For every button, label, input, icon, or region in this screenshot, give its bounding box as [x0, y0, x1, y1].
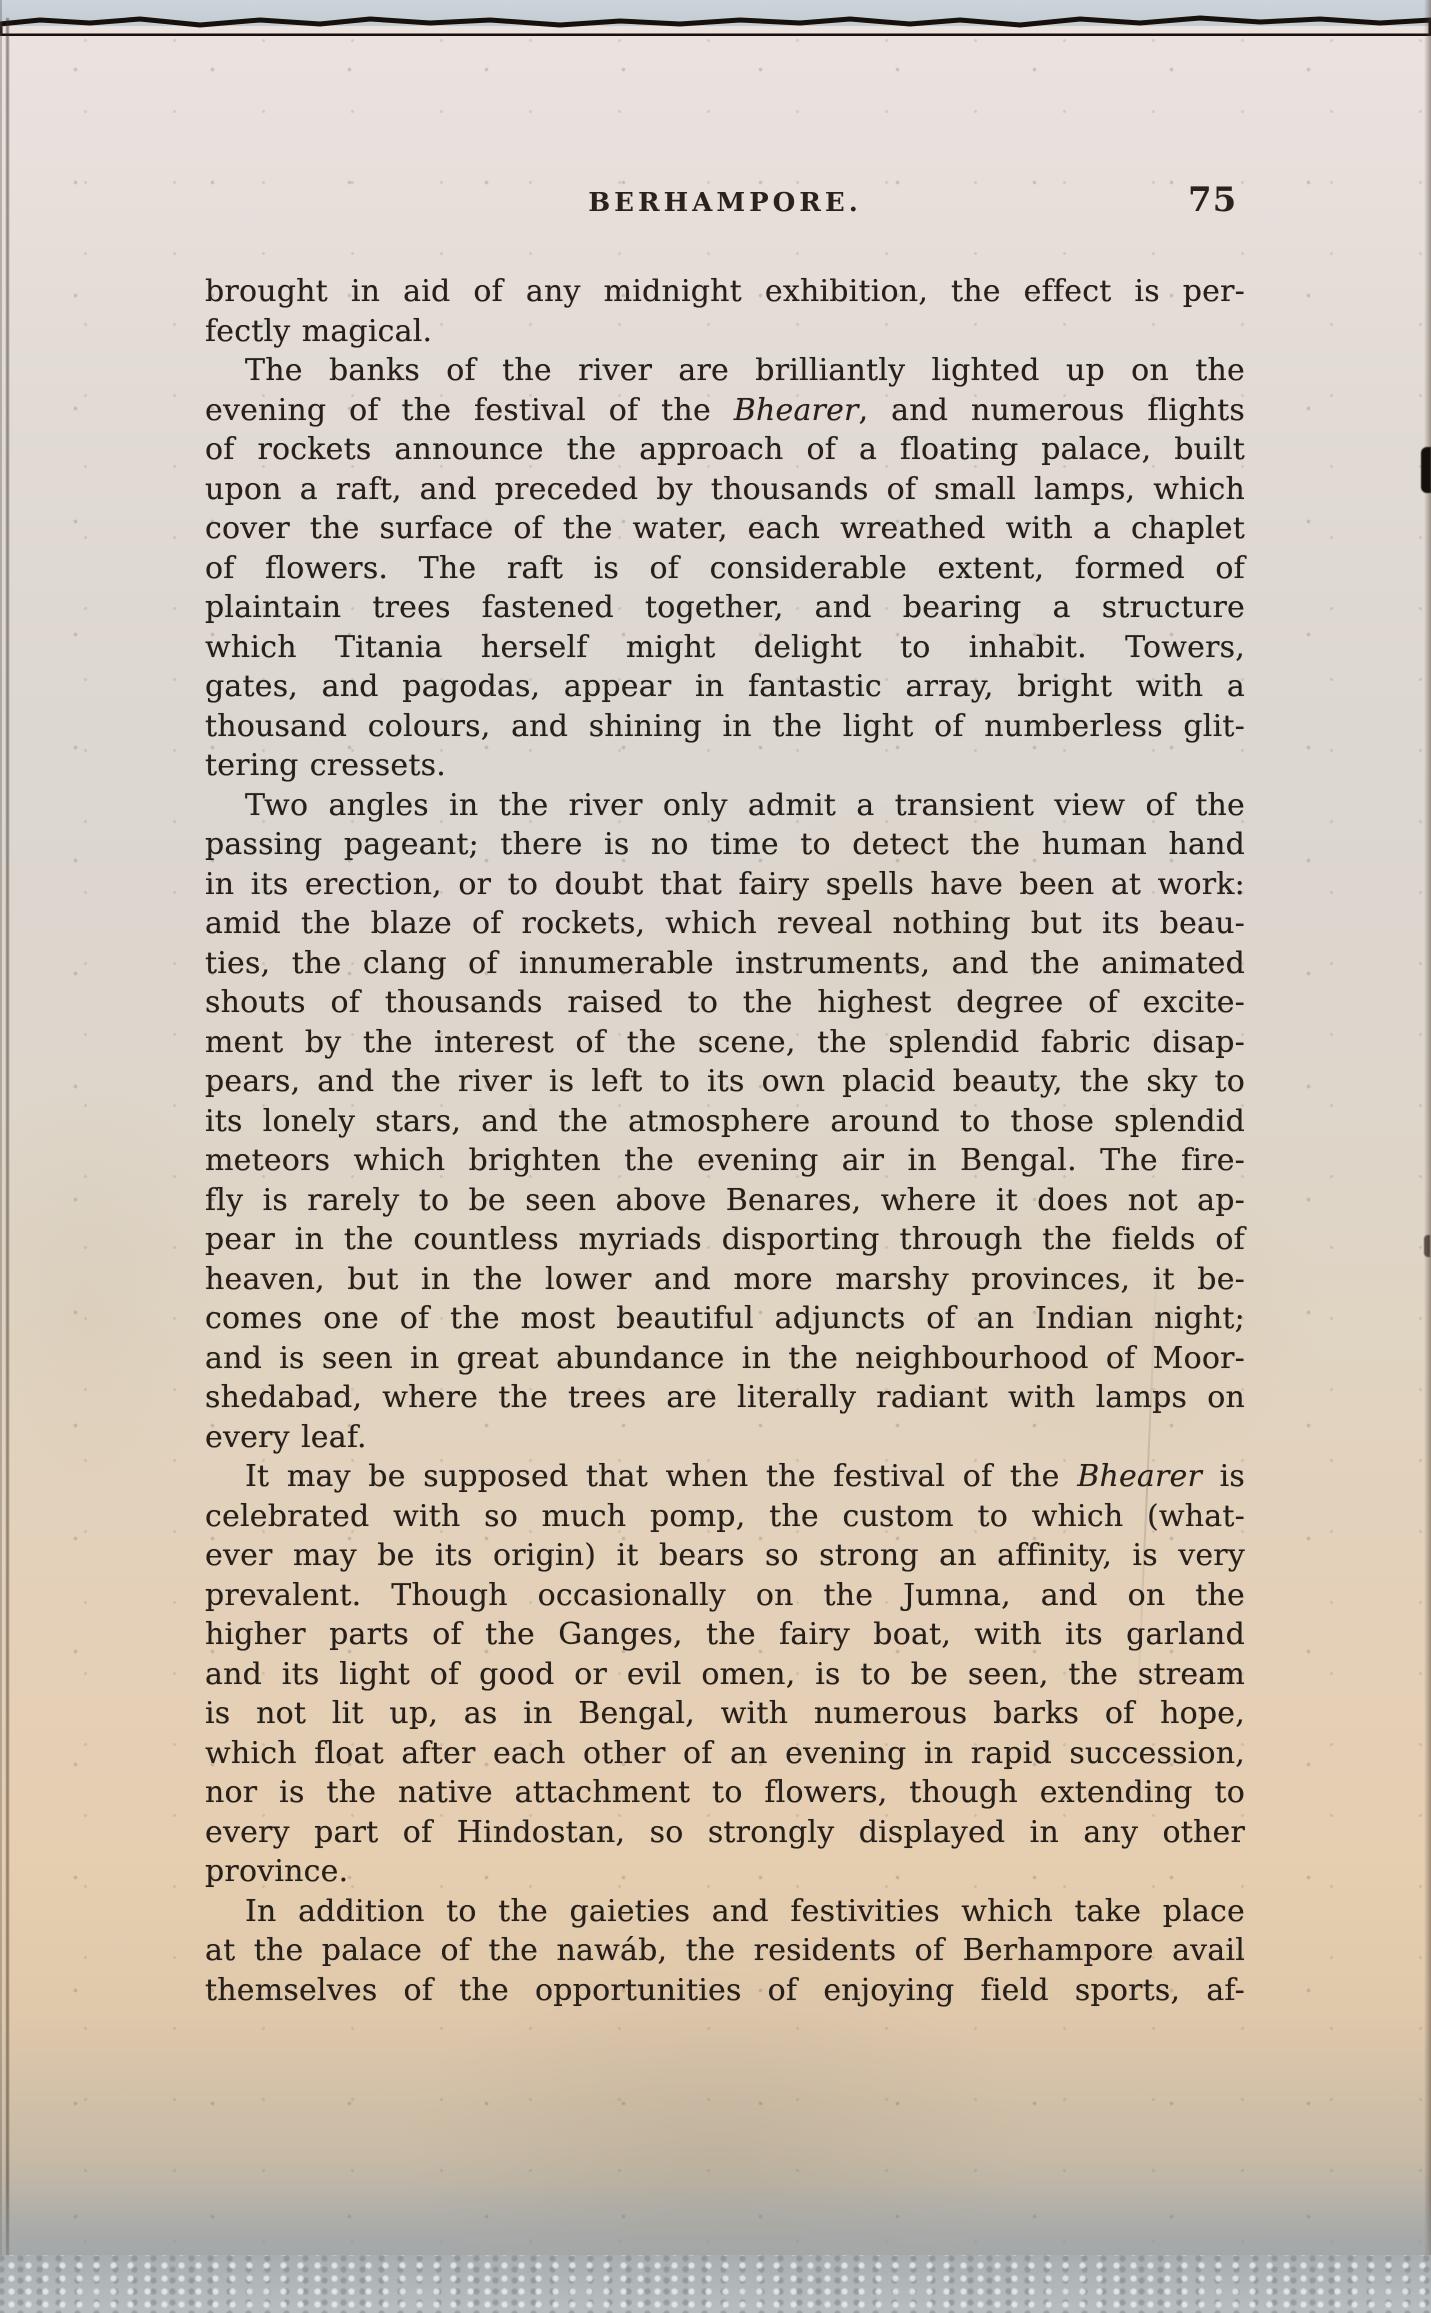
body-text: themselves of the opportunities of enjoy… — [205, 1973, 1245, 2008]
body-text: its lonely stars, and the atmosphere aro… — [205, 1104, 1245, 1139]
body-text: The banks of the river are brilliantly l… — [245, 353, 1245, 388]
body-text: which Titania herself might delight to i… — [205, 630, 1245, 665]
text-line: themselves of the opportunities of enjoy… — [205, 1971, 1245, 2011]
body-text: every leaf. — [205, 1420, 367, 1455]
text-line: amid the blaze of rockets, which reveal … — [205, 904, 1245, 944]
text-line: In addition to the gaieties and festivit… — [205, 1892, 1245, 1932]
text-line: is not lit up, as in Bengal, with numero… — [205, 1694, 1245, 1734]
body-text: shedabad, where the trees are literally … — [205, 1380, 1245, 1415]
text-line: plaintain trees fastened together, and b… — [205, 588, 1245, 628]
body-text: passing pageant; there is no time to det… — [205, 827, 1245, 862]
text-line: which float after each other of an eveni… — [205, 1734, 1245, 1774]
text-line: ever may be its origin) it bears so stro… — [205, 1536, 1245, 1576]
text-line: shouts of thousands raised to the highes… — [205, 983, 1245, 1023]
text-line: its lonely stars, and the atmosphere aro… — [205, 1102, 1245, 1142]
text-line: ties, the clang of innumerable instrumen… — [205, 944, 1245, 984]
text-block: brought in aid of any midnight exhibitio… — [205, 272, 1245, 2010]
text-line: every leaf. — [205, 1418, 1245, 1458]
body-text: fly is rarely to be seen above Benares, … — [205, 1183, 1245, 1218]
text-line: cover the surface of the water, each wre… — [205, 509, 1245, 549]
body-text: cover the surface of the water, each wre… — [205, 511, 1245, 546]
text-line: shedabad, where the trees are literally … — [205, 1378, 1245, 1418]
body-text: fectly magical. — [205, 314, 432, 349]
text-line: ment by the interest of the scene, the s… — [205, 1023, 1245, 1063]
text-line: evening of the festival of the Bhearer, … — [205, 391, 1245, 431]
right-edge-notch — [1421, 447, 1431, 493]
text-line: Two angles in the river only admit a tra… — [205, 786, 1245, 826]
body-text: is — [1202, 1459, 1245, 1494]
body-text: ment by the interest of the scene, the s… — [205, 1025, 1245, 1060]
body-text: higher parts of the Ganges, the fairy bo… — [205, 1617, 1245, 1652]
body-text: , and numerous flights — [859, 393, 1245, 428]
body-text: ties, the clang of innumerable instrumen… — [205, 946, 1245, 981]
text-line: higher parts of the Ganges, the fairy bo… — [205, 1615, 1245, 1655]
text-line: celebrated with so much pomp, the custom… — [205, 1497, 1245, 1537]
body-text: and its light of good or evil omen, is t… — [205, 1657, 1245, 1692]
body-text: evening of the festival of the — [205, 393, 734, 428]
text-line: heaven, but in the lower and more marshy… — [205, 1260, 1245, 1300]
body-text: and is seen in great abundance in the ne… — [205, 1341, 1245, 1376]
body-text: at the palace of the nawáb, the resident… — [205, 1933, 1245, 1968]
text-line: meteors which brighten the evening air i… — [205, 1141, 1245, 1181]
body-text: shouts of thousands raised to the highes… — [205, 985, 1245, 1020]
text-line: tering cressets. — [205, 746, 1245, 786]
body-text: province. — [205, 1854, 348, 1889]
text-line: The banks of the river are brilliantly l… — [205, 351, 1245, 391]
italic-text: Bhearer — [1077, 1459, 1202, 1494]
torn-top-edge — [0, 10, 1431, 36]
text-line: nor is the native attachment to flowers,… — [205, 1773, 1245, 1813]
body-text: prevalent. Though occasionally on the Ju… — [205, 1578, 1245, 1613]
text-line: of rockets announce the approach of a fl… — [205, 430, 1245, 470]
right-page-edge — [1424, 0, 1431, 2313]
text-line: pears, and the river is left to its own … — [205, 1062, 1245, 1102]
body-text: plaintain trees fastened together, and b… — [205, 590, 1245, 625]
body-text: of flowers. The raft is of considerable … — [205, 551, 1245, 586]
text-line: brought in aid of any midnight exhibitio… — [205, 272, 1245, 312]
body-text: nor is the native attachment to flowers,… — [205, 1775, 1245, 1810]
body-text: thousand colours, and shining in the lig… — [205, 709, 1245, 744]
body-text: heaven, but in the lower and more marshy… — [205, 1262, 1245, 1297]
body-text: upon a raft, and preceded by thousands o… — [205, 472, 1245, 507]
running-header: BERHAMPORE. — [205, 188, 1245, 218]
body-text: brought in aid of any midnight exhibitio… — [205, 274, 1245, 309]
text-line: comes one of the most beautiful adjuncts… — [205, 1299, 1245, 1339]
left-page-edge-outer — [0, 0, 2, 2313]
body-text: pear in the countless myriads disporting… — [205, 1222, 1245, 1257]
text-line: every part of Hindostan, so strongly dis… — [205, 1813, 1245, 1853]
body-text: amid the blaze of rockets, which reveal … — [205, 906, 1245, 941]
body-text: gates, and pagodas, appear in fantastic … — [205, 669, 1245, 704]
body-text: in its erection, or to doubt that fairy … — [205, 867, 1245, 902]
body-text: which float after each other of an eveni… — [205, 1736, 1245, 1771]
text-line: upon a raft, and preceded by thousands o… — [205, 470, 1245, 510]
text-line: gates, and pagodas, appear in fantastic … — [205, 667, 1245, 707]
body-text: comes one of the most beautiful adjuncts… — [205, 1301, 1245, 1336]
body-text: of rockets announce the approach of a fl… — [205, 432, 1245, 467]
text-line: prevalent. Though occasionally on the Ju… — [205, 1576, 1245, 1616]
body-text: meteors which brighten the evening air i… — [205, 1143, 1245, 1178]
text-line: province. — [205, 1852, 1245, 1892]
text-line: at the palace of the nawáb, the resident… — [205, 1931, 1245, 1971]
body-text: tering cressets. — [205, 748, 446, 783]
body-text: Two angles in the river only admit a tra… — [245, 788, 1245, 823]
body-text: ever may be its origin) it bears so stro… — [205, 1538, 1245, 1573]
body-text: every part of Hindostan, so strongly dis… — [205, 1815, 1245, 1850]
running-title: BERHAMPORE. — [588, 188, 862, 218]
body-text: It may be supposed that when the festiva… — [245, 1459, 1077, 1494]
body-text: In addition to the gaieties and festivit… — [245, 1894, 1245, 1929]
body-text: celebrated with so much pomp, the custom… — [205, 1499, 1245, 1534]
text-line: and is seen in great abundance in the ne… — [205, 1339, 1245, 1379]
text-line: which Titania herself might delight to i… — [205, 628, 1245, 668]
text-line: and its light of good or evil omen, is t… — [205, 1655, 1245, 1695]
text-line: fectly magical. — [205, 312, 1245, 352]
text-line: fly is rarely to be seen above Benares, … — [205, 1181, 1245, 1221]
right-edge-small-notch — [1424, 1235, 1430, 1257]
text-line: It may be supposed that when the festiva… — [205, 1457, 1245, 1497]
body-text: pears, and the river is left to its own … — [205, 1064, 1245, 1099]
body-text: is not lit up, as in Bengal, with numero… — [205, 1696, 1245, 1731]
italic-text: Bhearer — [734, 393, 859, 428]
text-line: passing pageant; there is no time to det… — [205, 825, 1245, 865]
text-line: of flowers. The raft is of considerable … — [205, 549, 1245, 589]
scanned-book-page: BERHAMPORE. 75 brought in aid of any mid… — [0, 0, 1431, 2313]
page-number: 75 — [1188, 180, 1237, 220]
left-page-edge — [6, 18, 9, 2258]
bottom-shadow-fade — [0, 2183, 1431, 2263]
text-line: thousand colours, and shining in the lig… — [205, 707, 1245, 747]
bottom-cloth-edge — [0, 2255, 1431, 2313]
text-line: pear in the countless myriads disporting… — [205, 1220, 1245, 1260]
text-line: in its erection, or to doubt that fairy … — [205, 865, 1245, 905]
